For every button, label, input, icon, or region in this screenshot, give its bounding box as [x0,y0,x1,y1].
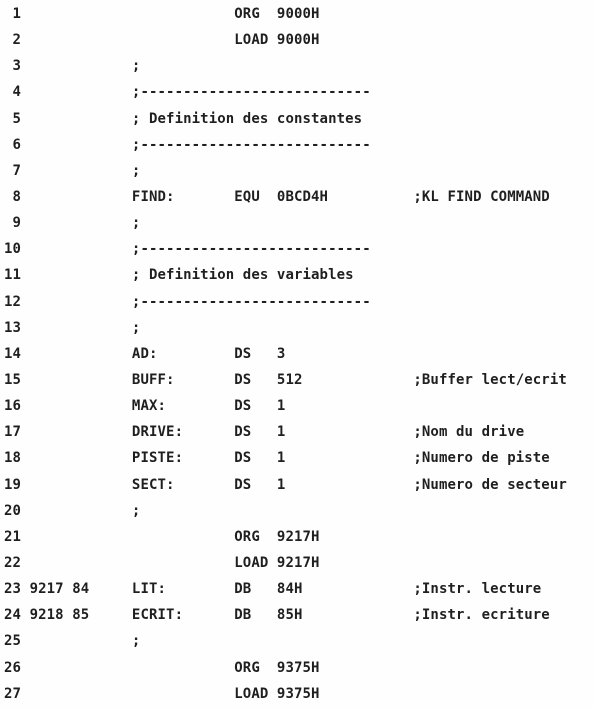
code-line-8: 8 FIND: EQU 0BCD4H ;KL FIND COMMAND [4,184,593,210]
assembly-listing: 1 ORG 9000H 2 LOAD 9000H 3 ; 4 ;--------… [0,0,593,710]
code-line-7: 7 ; [4,158,593,184]
code-line-11: 11 ; Definition des variables [4,262,593,288]
code-line-3: 3 ; [4,53,593,79]
code-line-12: 12 ;--------------------------- [4,289,593,315]
code-line-13: 13 ; [4,315,593,341]
code-line-20: 20 ; [4,498,593,524]
code-line-21: 21 ORG 9217H [4,524,593,550]
code-line-19: 19 SECT: DS 1 ;Numero de secteur [4,472,593,498]
code-line-2: 2 LOAD 9000H [4,27,593,53]
code-line-9: 9 ; [4,210,593,236]
scanned-page: { "document": { "kind": "assembly-listin… [0,0,593,710]
code-line-27: 27 LOAD 9375H [4,681,593,707]
code-line-14: 14 AD: DS 3 [4,341,593,367]
code-line-24: 24 9218 85 ECRIT: DB 85H ;Instr. ecritur… [4,602,593,628]
code-line-10: 10 ;--------------------------- [4,236,593,262]
code-line-26: 26 ORG 9375H [4,655,593,681]
code-line-25: 25 ; [4,628,593,654]
code-line-22: 22 LOAD 9217H [4,550,593,576]
code-line-17: 17 DRIVE: DS 1 ;Nom du drive [4,419,593,445]
code-line-16: 16 MAX: DS 1 [4,393,593,419]
code-line-18: 18 PISTE: DS 1 ;Numero de piste [4,445,593,471]
code-line-4: 4 ;--------------------------- [4,79,593,105]
code-line-6: 6 ;--------------------------- [4,132,593,158]
code-line-15: 15 BUFF: DS 512 ;Buffer lect/ecrit [4,367,593,393]
code-line-23: 23 9217 84 LIT: DB 84H ;Instr. lecture [4,576,593,602]
code-line-1: 1 ORG 9000H [4,1,593,27]
code-line-5: 5 ; Definition des constantes [4,106,593,132]
